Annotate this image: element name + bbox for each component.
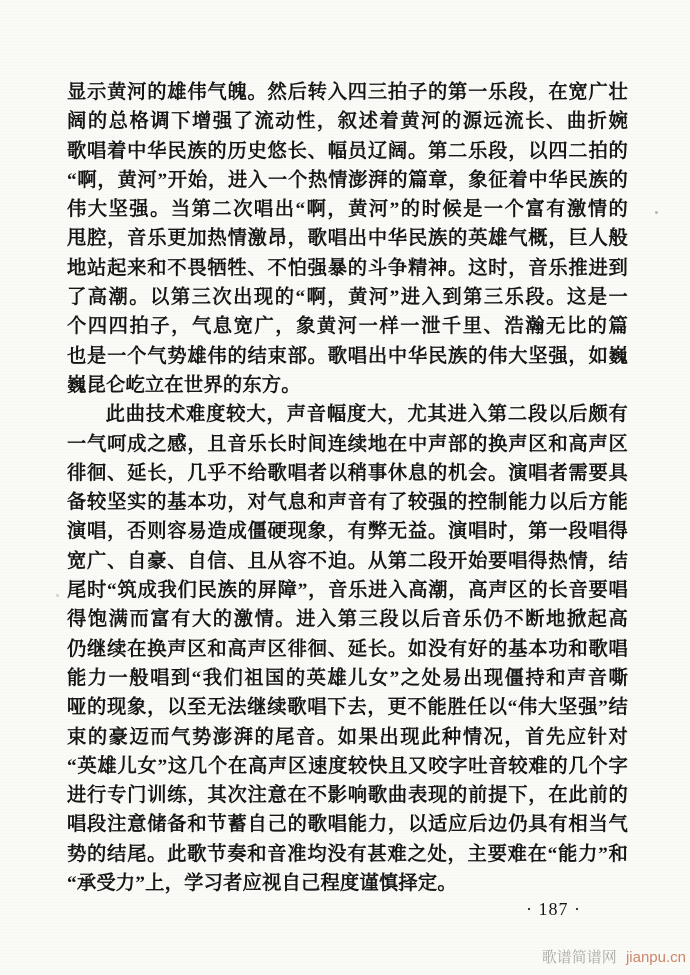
text-line: 哑的现象，以至无法继续歌唱下去，更不能胜任以“伟大坚强”结 xyxy=(67,693,628,722)
text-line: “承受力”上，学习者应视自己程度谨慎择定。 xyxy=(67,869,628,898)
text-line: 歌唱着中华民族的历史悠长、幅员辽阔。第二乐段，以四二拍的 xyxy=(67,137,628,166)
text-line: 巍昆仑屹立在世界的东方。 xyxy=(67,371,628,400)
text-line: 甩腔，音乐更加热情激昂，歌唱出中华民族的英雄气概，巨人般 xyxy=(67,224,628,253)
watermark-site-name: 歌谱简谱网 xyxy=(542,949,617,966)
text-line: 势的结尾。此歌节奏和音准均没有甚难之处，主要难在“能力”和 xyxy=(67,840,628,869)
text-line: 唱段注意储备和节蓄自己的歌唱能力，以适应后边仍具有相当气 xyxy=(67,810,628,839)
text-line: 备较坚实的基本功，对气息和声音有了较强的控制能力以后方能 xyxy=(67,488,628,517)
text-line: 显示黄河的雄伟气魄。然后转入四三拍子的第一乐段，在宽广壮 xyxy=(67,78,628,107)
text-line: 伟大坚强。当第二次唱出“啊，黄河”的时候是一个富有激情的 xyxy=(67,195,628,224)
text-line: 能力一般唱到“我们祖国的英雄儿女”之处易出现僵持和声音嘶 xyxy=(67,664,628,693)
text-line: 尾时“筑成我们民族的屏障”，音乐进入高潮，高声区的长音要唱 xyxy=(67,576,628,605)
text-line: “英雄儿女”这几个在高声区速度较快且又咬字吐音较难的几个字 xyxy=(67,752,628,781)
text-line: 阔的总格调下增强了流动性，叙述着黄河的源远流长、曲折婉转， xyxy=(67,107,628,136)
scan-speck xyxy=(655,211,658,214)
paragraph: 显示黄河的雄伟气魄。然后转入四三拍子的第一乐段，在宽广壮阔的总格调下增强了流动性… xyxy=(67,78,628,400)
text-line: 也是一个气势雄伟的结束部。歌唱出中华民族的伟大坚强，如巍 xyxy=(67,342,628,371)
page-number: · 187 · xyxy=(526,899,581,920)
text-line: 徘徊、延长，几乎不给歌唱者以稍事休息的机会。演唱者需要具 xyxy=(67,459,628,488)
text-line: 一气呵成之感，且音乐长时间连续地在中声部的换声区和高声区 xyxy=(67,430,628,459)
text-line: 演唱，否则容易造成僵硬现象，有弊无益。演唱时，第一段唱得 xyxy=(67,517,628,546)
text-line: 进行专门训练，其次注意在不影响歌曲表现的前提下，在此前的 xyxy=(67,781,628,810)
watermark: 歌谱简谱网 jianpu.cn xyxy=(542,946,686,967)
paragraph: 此曲技术难度较大，声音幅度大，尤其进入第二段以后颇有一气呵成之感，且音乐长时间连… xyxy=(67,400,628,898)
scan-speck xyxy=(56,594,59,597)
text-line: 仍继续在换声区和高声区徘徊、延长。如没有好的基本功和歌唱 xyxy=(67,635,628,664)
text-line: 地站起来和不畏牺牲、不怕强暴的斗争精神。这时，音乐推进到 xyxy=(67,254,628,283)
text-line: “啊，黄河”开始，进入一个热情澎湃的篇章，象征着中华民族的 xyxy=(67,166,628,195)
watermark-site-url: jianpu.cn xyxy=(626,949,686,966)
book-page: 显示黄河的雄伟气魄。然后转入四三拍子的第一乐段，在宽广壮阔的总格调下增强了流动性… xyxy=(0,0,690,975)
text-line: 了高潮。以第三次出现的“啊，黄河”进入到第三乐段。这是一 xyxy=(67,283,628,312)
text-line: 束的豪迈而气势澎湃的尾音。如果出现此种情况，首先应针对 xyxy=(67,723,628,752)
body-text: 显示黄河的雄伟气魄。然后转入四三拍子的第一乐段，在宽广壮阔的总格调下增强了流动性… xyxy=(67,78,628,898)
text-line: 此曲技术难度较大，声音幅度大，尤其进入第二段以后颇有 xyxy=(67,400,628,429)
text-line: 个四四拍子，气息宽广，象黄河一样一泄千里、浩瀚无比的篇章， xyxy=(67,312,628,341)
text-line: 得饱满而富有大的激情。进入第三段以后音乐仍不断地掀起高潮， xyxy=(67,605,628,634)
text-line: 宽广、自豪、自信、且从容不迫。从第二段开始要唱得热情，结 xyxy=(67,547,628,576)
